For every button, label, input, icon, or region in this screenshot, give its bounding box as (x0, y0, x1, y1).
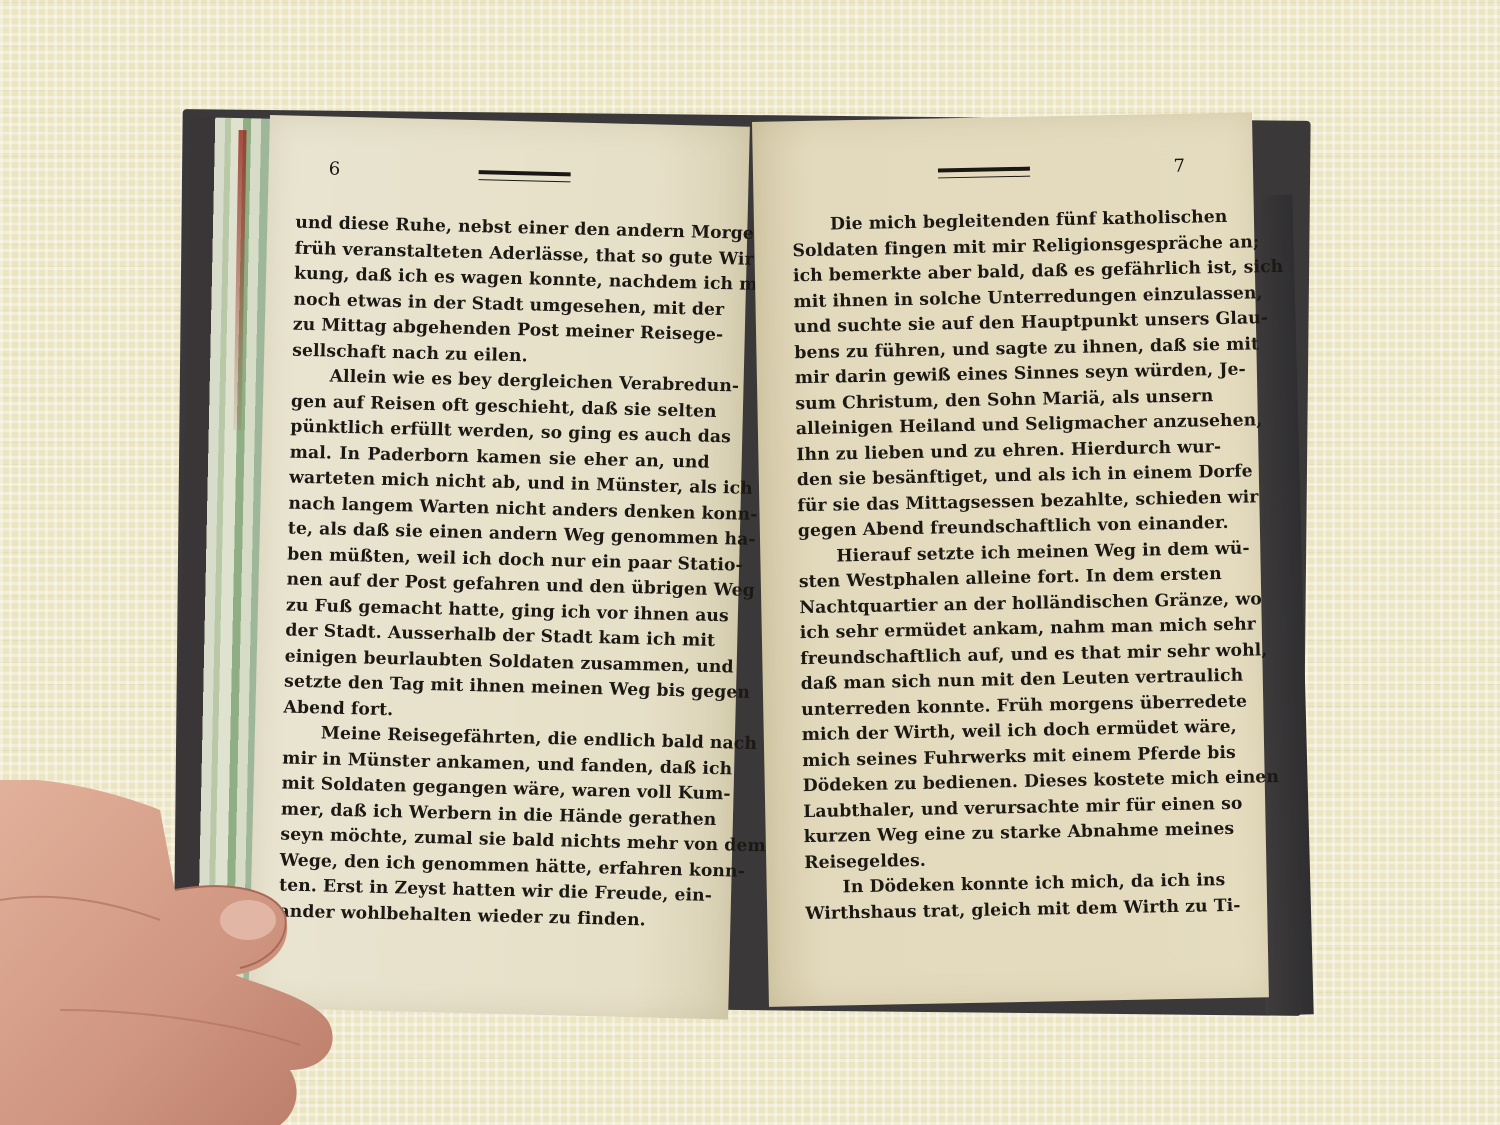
page-number-left: 6 (328, 158, 340, 179)
right-page[interactable]: 7 Die mich begleitenden fünf katholische… (752, 112, 1269, 1006)
left-page-text: und diese Ruhe, nebst einer den andern M… (278, 211, 715, 935)
right-page-text: Die mich begleitenden fünf katholischen … (792, 205, 1216, 927)
hand (0, 780, 340, 1125)
header-rule-right (938, 167, 1030, 179)
page-number-right: 7 (1173, 156, 1185, 177)
header-rule-left (478, 170, 570, 182)
